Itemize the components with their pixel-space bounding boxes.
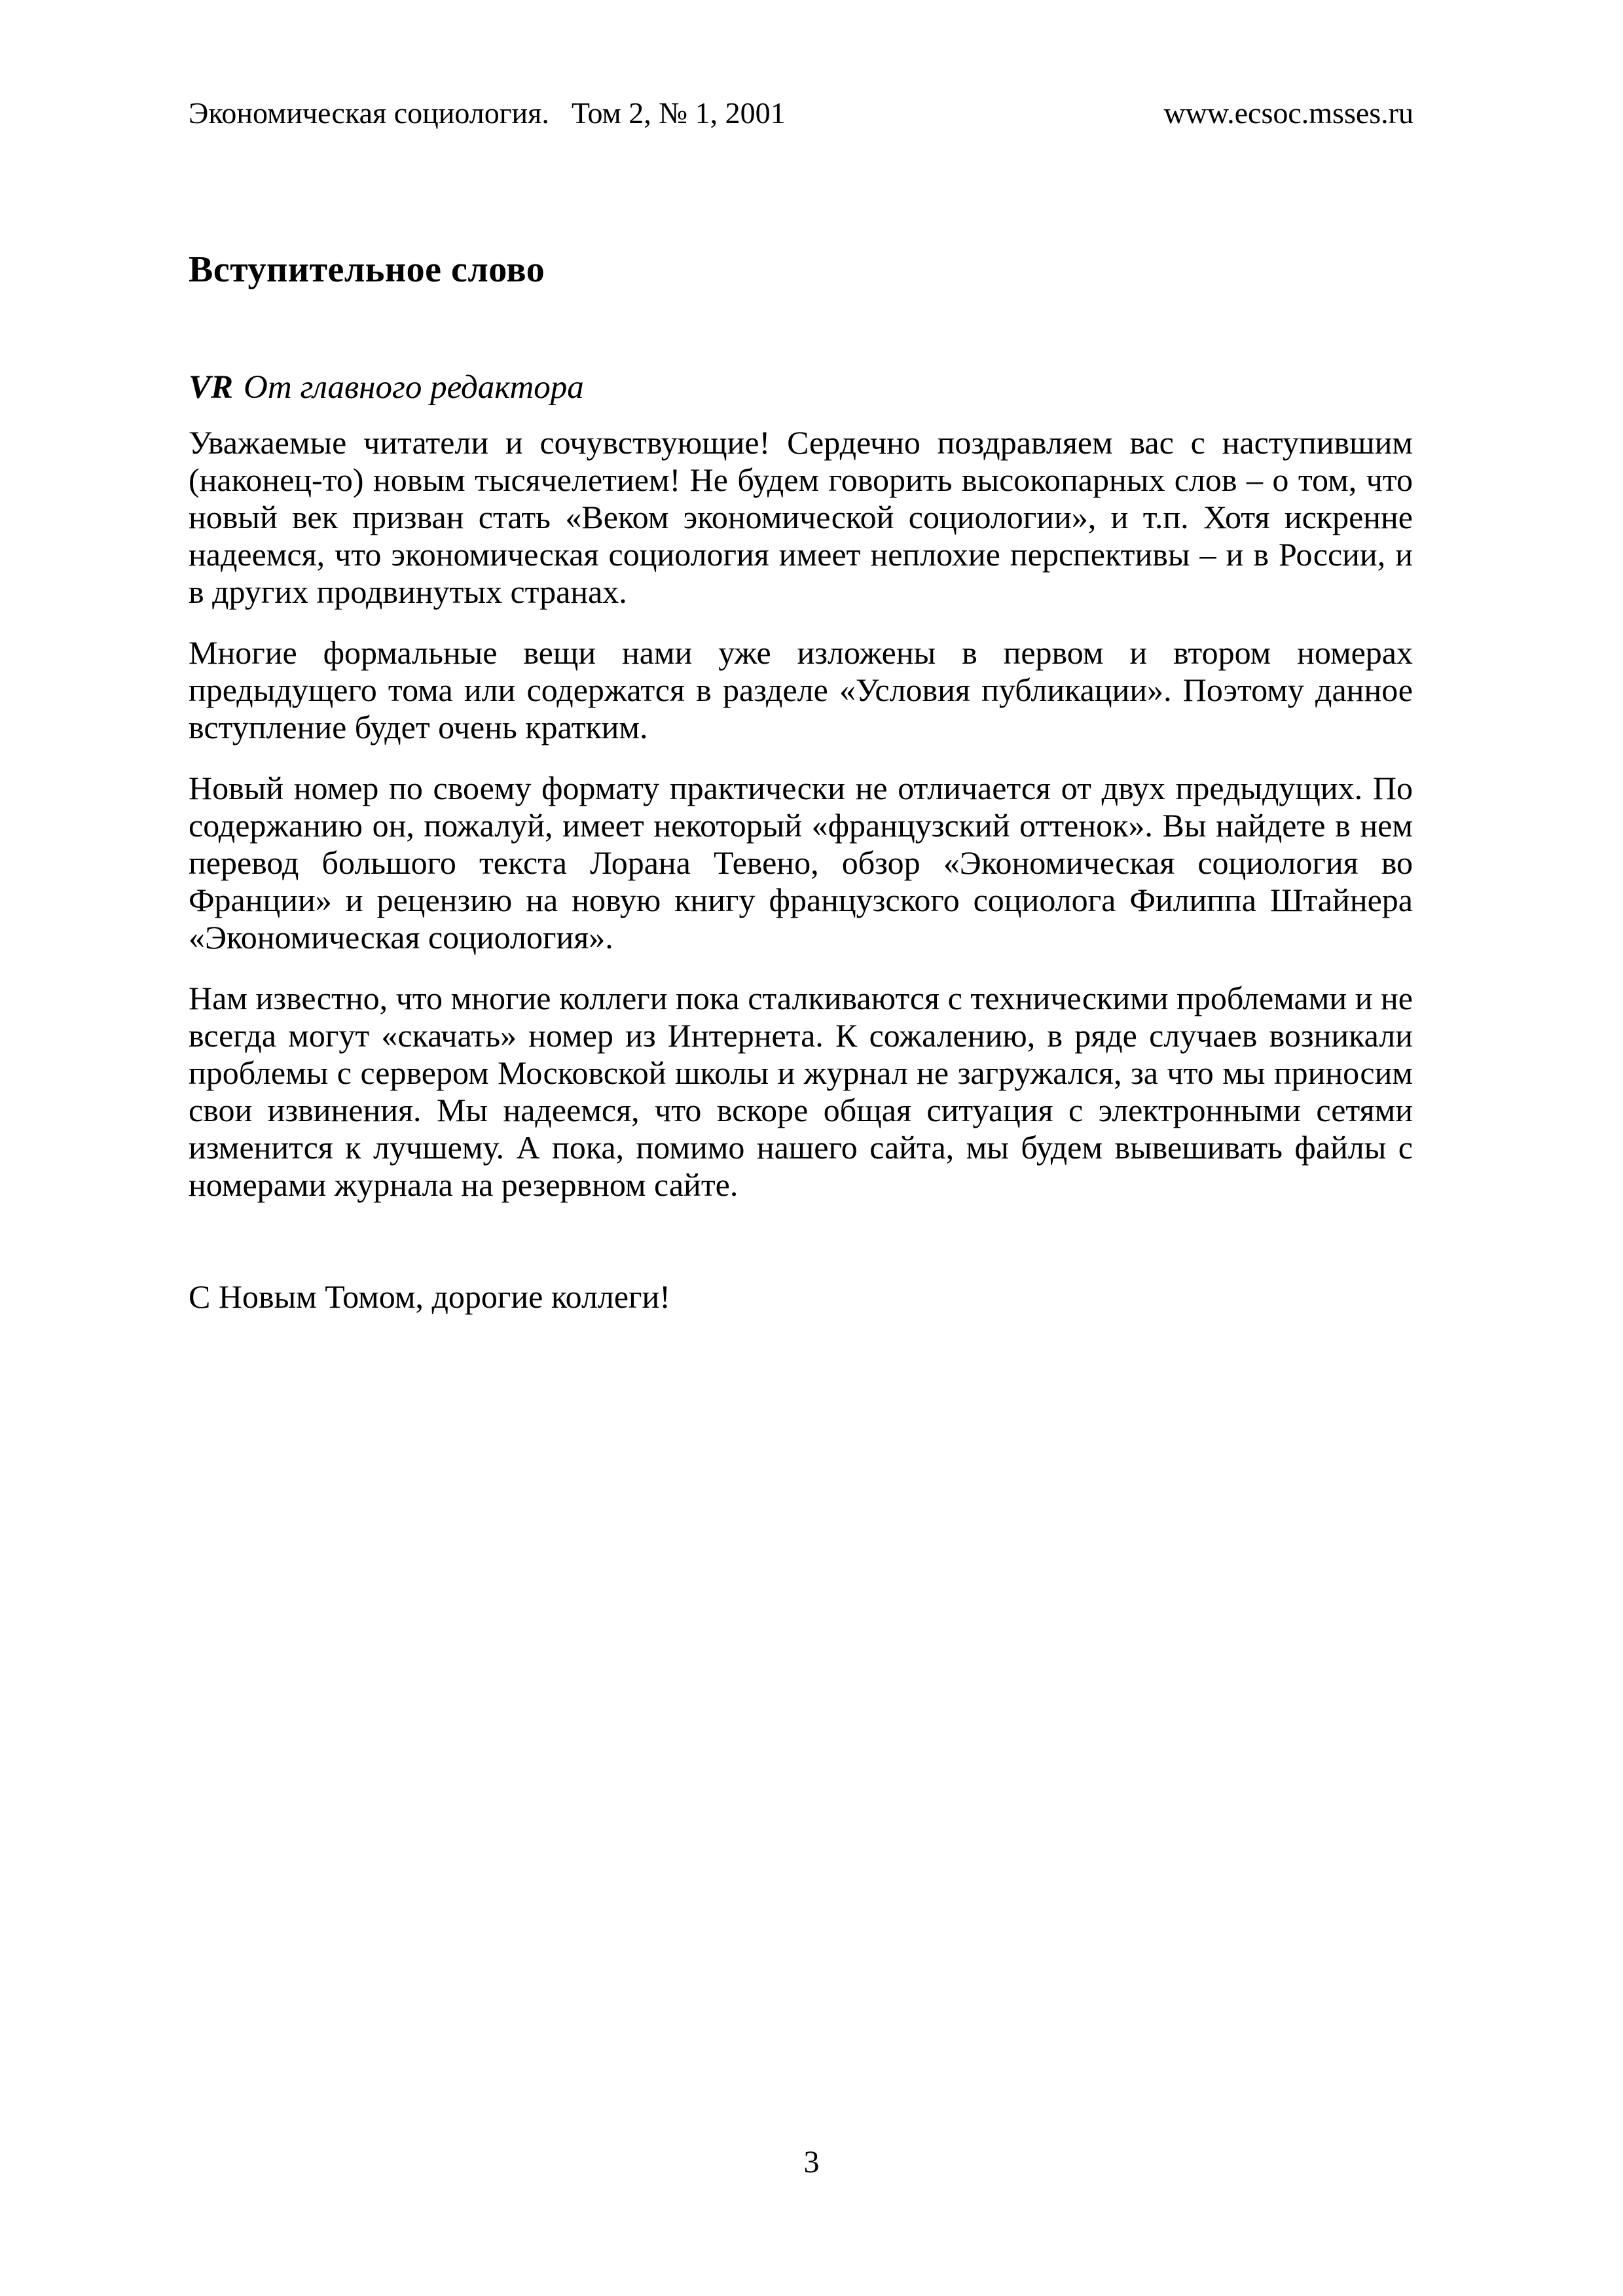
- body-text: Уважаемые читатели и сочувствующие! Серд…: [189, 424, 1413, 1316]
- subtitle-text: От главного редактора: [244, 369, 584, 406]
- journal-reference: Экономическая социология.Том 2, № 1, 200…: [189, 96, 786, 131]
- closing-line: С Новым Томом, дорогие коллеги!: [189, 1278, 1413, 1316]
- site-url: www.ecsoc.msses.ru: [1163, 96, 1413, 131]
- body-paragraph-2: Многие формальные вещи нами уже изложены…: [189, 634, 1413, 746]
- page-number: 3: [0, 2144, 1623, 2181]
- page-header: Экономическая социология.Том 2, № 1, 200…: [189, 96, 1413, 131]
- body-paragraph-3: Новый номер по своему формату практическ…: [189, 770, 1413, 956]
- page-title: Вступительное слово: [189, 249, 545, 291]
- editor-initials: VR: [189, 369, 233, 406]
- section-subtitle: VRОт главного редактора: [189, 368, 584, 407]
- journal-issue: Том 2, № 1, 2001: [572, 96, 786, 130]
- document-page: Экономическая социология.Том 2, № 1, 200…: [0, 0, 1623, 2296]
- body-paragraph-4: Нам известно, что многие коллеги пока ст…: [189, 980, 1413, 1204]
- body-paragraph-1: Уважаемые читатели и сочувствующие! Серд…: [189, 424, 1413, 611]
- journal-title: Экономическая социология.: [189, 96, 549, 130]
